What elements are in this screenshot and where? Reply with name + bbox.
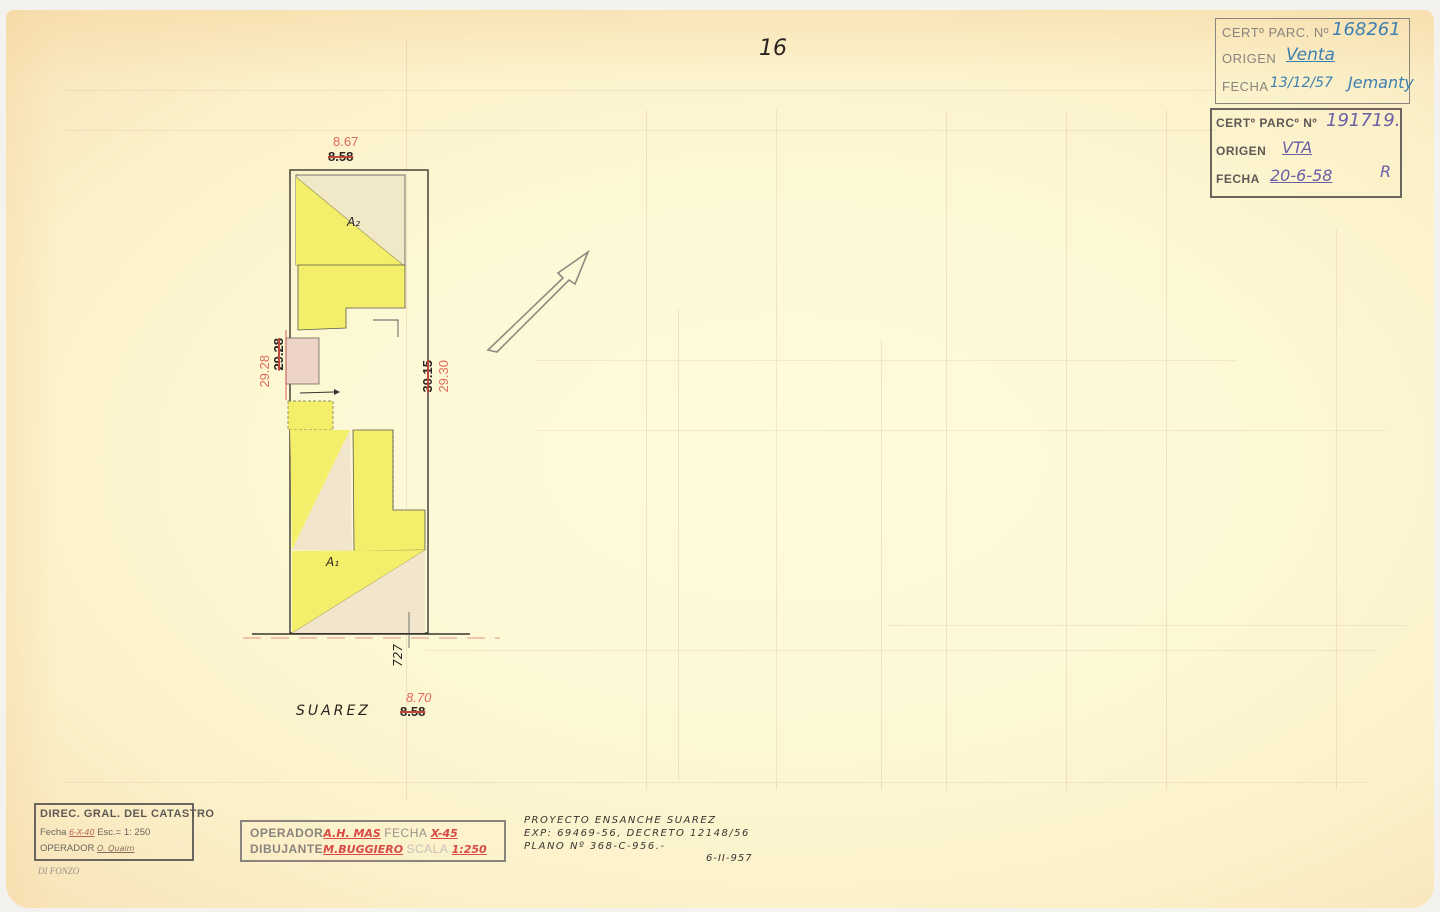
cert1-label-2: ORIGEN <box>1222 51 1276 66</box>
cert1-label-1: CERTº PARC. Nº <box>1222 25 1329 40</box>
annex-structure <box>286 338 319 384</box>
dibujante-label: DIBUJANTE <box>250 842 323 856</box>
notes-line-3: PLANO Nº 368-C-956.- <box>524 840 750 853</box>
top-dimension-old: 8.58 <box>328 149 353 164</box>
dibujante-row: DIBUJANTEM.BUGGIERO SCALA 1:250 <box>250 842 487 856</box>
cert2-value-1: 191719. <box>1326 110 1400 131</box>
notes-line-1: PROYECTO ENSANCHE SUAREZ <box>524 814 750 827</box>
cert1-signature: Jemanty <box>1348 73 1414 92</box>
cert2-value-2: VTA <box>1282 138 1312 157</box>
fecha-label: FECHA <box>384 826 427 840</box>
catastro-stamp: DIREC. GRAL. DEL CATASTRO Fecha 6-X-40 E… <box>34 803 194 861</box>
catastro-operador-label: OPERADOR <box>40 843 94 854</box>
cert2-label-1: CERTº PARCº Nº <box>1216 116 1317 130</box>
area-label-a2: A₂ <box>347 215 360 229</box>
cert1-value-1: 168261 <box>1332 19 1401 40</box>
left-dimension-old: 29.28 <box>271 338 286 371</box>
left-dimension-new: 29.28 <box>257 355 272 388</box>
operador-row: OPERADORA.H. MAS FECHA X-45 <box>250 826 458 840</box>
catastro-footer: DI FONZO <box>38 866 79 876</box>
cert2-label-3: FECHA <box>1216 172 1260 186</box>
front-dimension-old: 8.58 <box>400 704 425 719</box>
street-name: SUAREZ <box>296 703 371 719</box>
operador-stamp: OPERADORA.H. MAS FECHA X-45 DIBUJANTEM.B… <box>240 820 506 862</box>
catastro-fecha-value: 6-X-40 <box>69 828 95 837</box>
catastro-operador-value: O. Quaim <box>97 844 134 853</box>
area-label-a1: A₁ <box>326 555 339 569</box>
operador-value: A.H. MAS <box>323 827 381 840</box>
north-arrow-icon <box>488 252 588 352</box>
right-dimension-new: 29.30 <box>436 360 451 393</box>
cert2-mark: R <box>1380 162 1391 181</box>
notes-line-2: EXP: 69469-56, DECRETO 12148/56 <box>524 827 750 840</box>
fecha-value: X-45 <box>431 827 458 840</box>
catastro-operador-row: OPERADOR O. Quaim <box>40 843 134 854</box>
right-dimension-old: 30.15 <box>420 360 435 393</box>
escala-label: SCALA <box>406 842 448 856</box>
catastro-escala: Esc.= 1: 250 <box>97 827 150 838</box>
notes-date: 6-II-957 <box>706 853 753 864</box>
cert2-label-2: ORIGEN <box>1216 144 1266 158</box>
escala-value: 1:250 <box>452 843 487 856</box>
street-number: 727 <box>391 644 405 667</box>
dibujante-value: M.BUGGIERO <box>323 843 403 856</box>
operador-label: OPERADOR <box>250 826 323 840</box>
cert2-value-3: 20-6-58 <box>1270 166 1332 185</box>
catastro-title: DIREC. GRAL. DEL CATASTRO <box>40 808 214 820</box>
building-a1-block <box>353 430 425 551</box>
catastro-fecha-row: Fecha 6-X-40 Esc.= 1: 250 <box>40 827 150 838</box>
project-notes: PROYECTO ENSANCHE SUAREZ EXP: 69469-56, … <box>524 814 750 853</box>
cert1-value-2: Venta <box>1286 45 1335 65</box>
catastro-fecha-label: Fecha <box>40 827 66 838</box>
top-dimension-new: 8.67 <box>333 134 358 149</box>
front-dimension-new: 8.70 <box>406 690 431 705</box>
cert1-label-3: FECHA <box>1222 79 1269 94</box>
cert1-value-3: 13/12/57 <box>1270 75 1333 91</box>
certificate-stamp-2: CERTº PARCº Nº 191719. ORIGEN VTA FECHA … <box>1210 108 1402 198</box>
certificate-stamp-1: CERTº PARC. Nº 168261 ORIGEN Venta FECHA… <box>1215 18 1410 104</box>
